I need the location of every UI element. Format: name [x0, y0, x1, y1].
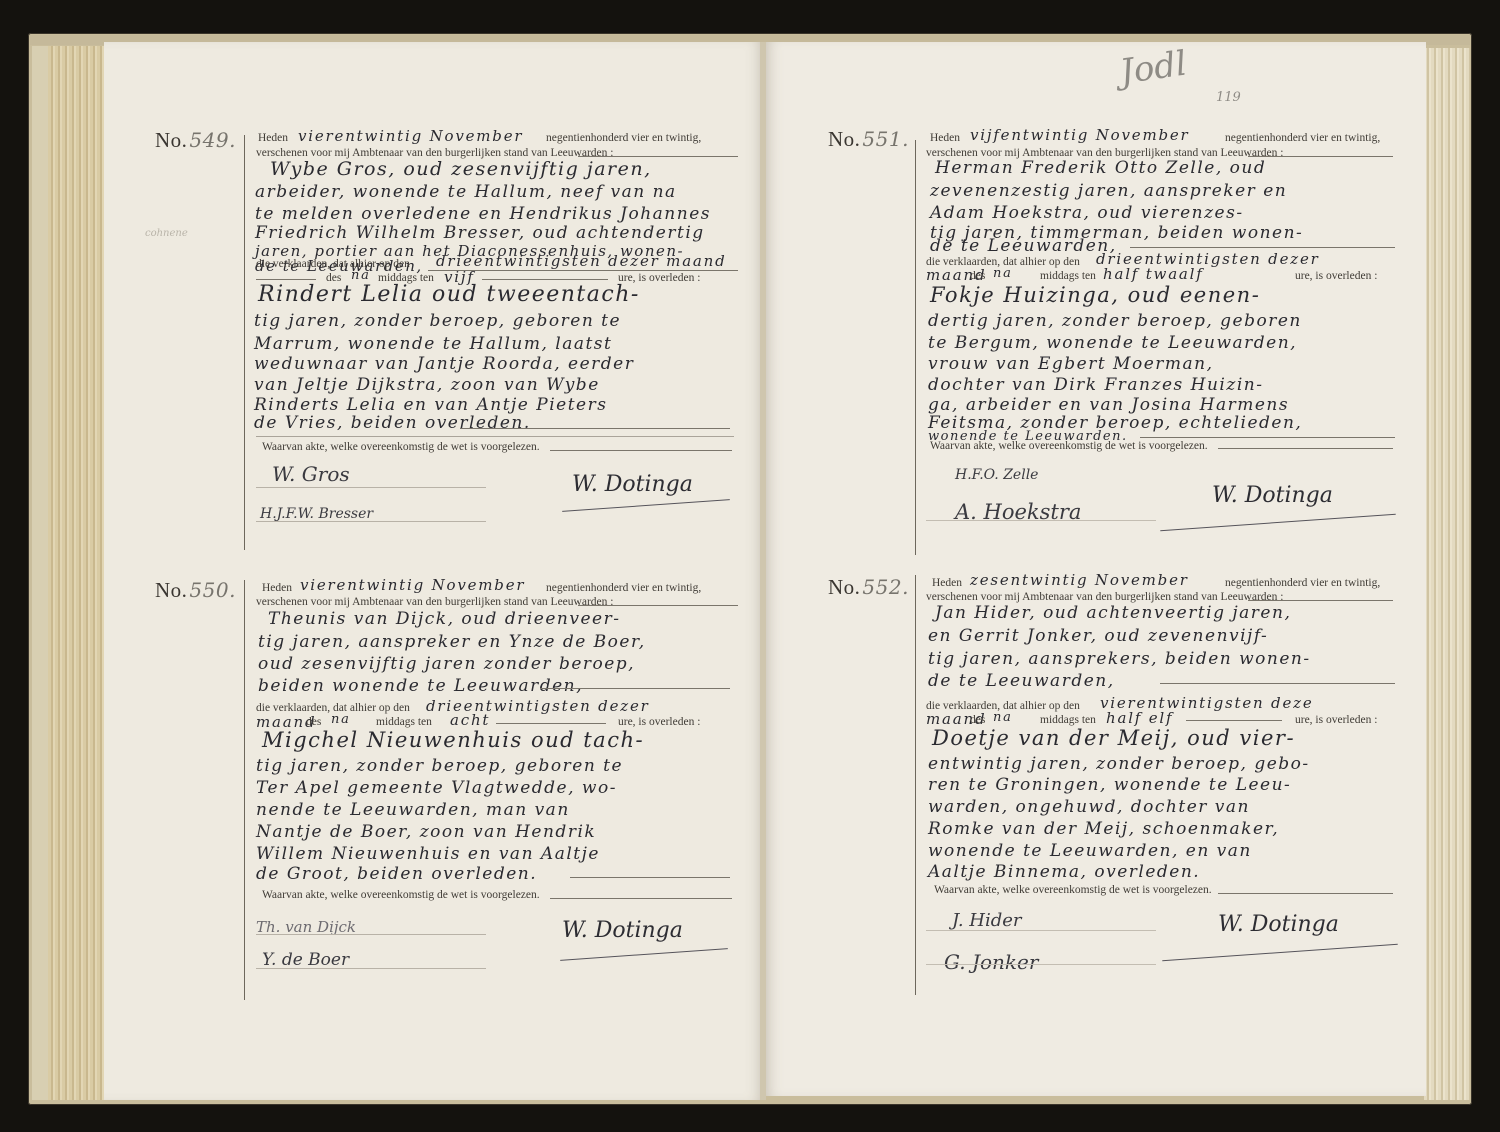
fill-line: [1218, 893, 1393, 894]
waarvan-text: Waarvan akte, welke overeenkomstig de we…: [262, 889, 540, 901]
deceased-line: Ter Apel gemeente Vlagtwedde, wo-: [256, 780, 617, 797]
official-signature: W. Dotinga: [572, 472, 693, 497]
verschenen-text: verschenen voor mij Ambtenaar van den bu…: [926, 591, 1283, 603]
fill-line: [578, 605, 738, 606]
fill-line: [570, 877, 730, 878]
ure-label: ure, is overleden :: [1295, 270, 1377, 282]
deceased-line: Romke van der Meij, schoenmaker,: [928, 821, 1279, 838]
deceased-line: Rinderts Lelia en van Antje Pieters: [254, 397, 607, 414]
declarant-line: Friedrich Wilhelm Bresser, oud achtender…: [255, 225, 705, 242]
declarant-line: Theunis van Dijck, oud drieenveer-: [268, 611, 620, 628]
folio-number: 119: [1216, 90, 1241, 105]
deceased-line: dertig jaren, zonder beroep, geboren: [928, 313, 1302, 330]
no-label: No.: [828, 127, 860, 151]
verschenen-text: verschenen voor mij Ambtenaar van den bu…: [256, 596, 613, 608]
declarant-line: te melden overledene en Hendrikus Johann…: [255, 206, 711, 223]
ure-label: ure, is overleden :: [618, 716, 700, 728]
des-label: des: [970, 270, 985, 282]
declarant-signature: W. Gros: [272, 462, 350, 486]
deceased-line: tig jaren, zonder beroep, geboren te: [254, 313, 621, 330]
declarant-line: beiden wonende te Leeuwarden,: [258, 678, 583, 695]
entry-number-value: 550.: [189, 578, 236, 602]
deceased-line: Migchel Nieuwenhuis oud tach-: [262, 730, 644, 751]
waarvan-text: Waarvan akte, welke overeenkomstig de we…: [262, 441, 540, 453]
entry-divider-line: [244, 135, 245, 550]
fill-line: [1160, 683, 1395, 684]
year-text: negentienhonderd vier en twintig,: [1225, 132, 1380, 144]
declarant-signature: G. Jonker: [944, 950, 1038, 974]
year-text: negentienhonderd vier en twintig,: [546, 132, 701, 144]
entry-number: No.550.: [155, 578, 236, 603]
middags-label: middags ten: [1040, 270, 1096, 282]
deceased-line: vrouw van Egbert Moerman,: [928, 356, 1214, 373]
des-label: des: [970, 714, 985, 726]
heden-label: Heden: [258, 132, 288, 144]
fill-line: [1248, 600, 1393, 601]
entry-date: vijfentwintig November: [970, 126, 1190, 144]
deceased-line: Fokje Huizinga, oud eenen-: [930, 285, 1260, 306]
fill-line: [550, 898, 732, 899]
entry-divider-line: [915, 575, 916, 995]
entry-number: No.552.: [828, 575, 909, 600]
deceased-line: te Bergum, wonende te Leeuwarden,: [928, 335, 1297, 352]
fill-line: [496, 723, 606, 724]
deceased-line: de Groot, beiden overleden.: [256, 866, 537, 883]
death-hour: half elf: [1106, 709, 1173, 727]
declarant-line: arbeider, wonende te Hallum, neef van na: [255, 184, 677, 201]
deceased-line: dochter van Dirk Franzes Huizin-: [928, 377, 1263, 394]
no-label: No.: [828, 575, 860, 599]
left-margin-pencil: cohnene: [145, 228, 188, 239]
deceased-line: weduwnaar van Jantje Roorda, eerder: [254, 356, 634, 373]
fill-line: [256, 436, 734, 437]
entry-number-value: 551.: [862, 127, 909, 151]
declarant-signature: J. Hider: [952, 910, 1022, 931]
entry-divider-line: [244, 580, 245, 1000]
deceased-line: Rindert Lelia oud tweeentach-: [258, 284, 640, 306]
declarant-line: Jan Hider, oud achtenveertig jaren,: [935, 605, 1291, 622]
heden-label: Heden: [930, 132, 960, 144]
fill-line: [1140, 437, 1395, 438]
deceased-line: Doetje van der Meij, oud vier-: [932, 728, 1295, 749]
official-signature: W. Dotinga: [1212, 483, 1333, 508]
declarant-line: de te Leeuwarden,: [928, 673, 1115, 690]
fill-line: [540, 688, 730, 689]
waarvan-text: Waarvan akte, welke overeenkomstig de we…: [930, 440, 1208, 452]
no-label: No.: [155, 128, 187, 152]
declarant-line: zevenenzestig jaren, aanspreker en: [930, 183, 1287, 200]
fill-line: [256, 279, 316, 280]
ampm: na: [993, 266, 1013, 281]
fill-line: [578, 156, 738, 157]
declarant-line: Adam Hoekstra, oud vierenzes-: [930, 205, 1244, 222]
official-signature: W. Dotinga: [1218, 912, 1339, 937]
deceased-line: Aaltje Binnema, overleden.: [928, 864, 1200, 881]
signature-line: [256, 968, 486, 969]
signature-line: [926, 964, 1156, 965]
fill-line: [1218, 448, 1393, 449]
fill-line: [1130, 247, 1395, 248]
heden-label: Heden: [262, 582, 292, 594]
death-hour: half twaalf: [1103, 265, 1204, 283]
signature-line: [256, 521, 486, 522]
declarant-line: tig jaren, aansprekers, beiden wonen-: [928, 651, 1311, 668]
declarant-signature: Y. de Boer: [262, 950, 349, 970]
fill-line: [1186, 720, 1282, 721]
signature-line: [256, 487, 486, 488]
year-text: negentienhonderd vier en twintig,: [546, 582, 701, 594]
declarant-line: tig jaren, aanspreker en Ynze de Boer,: [258, 634, 646, 651]
deceased-line: nende te Leeuwarden, man van: [256, 802, 570, 819]
verklaarden-text: die verklaarden, dat alhier op den: [256, 258, 410, 270]
entry-number: No.549.: [155, 128, 236, 153]
ampm: na: [993, 710, 1013, 725]
deceased-line: Willem Nieuwenhuis en van Aaltje: [256, 846, 600, 863]
no-label: No.: [155, 578, 187, 602]
declarant-line: en Gerrit Jonker, oud zevenenvijf-: [928, 628, 1268, 645]
year-text: negentienhonderd vier en twintig,: [1225, 577, 1380, 589]
deceased-line: de Vries, beiden overleden.: [254, 415, 531, 432]
entry-date: zesentwintig November: [970, 571, 1189, 589]
entry-date: vierentwintig November: [298, 127, 523, 145]
declarant-signature: H.J.F.W. Bresser: [260, 506, 373, 522]
ure-label: ure, is overleden :: [1295, 714, 1377, 726]
declarant-line: de te Leeuwarden,: [930, 238, 1117, 255]
declarant-line: oud zesenvijftig jaren zonder beroep,: [258, 656, 635, 673]
waarvan-text: Waarvan akte, welke overeenkomstig de we…: [934, 884, 1212, 896]
deceased-line: ren te Groningen, wonende te Leeu-: [928, 777, 1291, 794]
entry-date: vierentwintig November: [300, 576, 525, 594]
entry-number-value: 549.: [189, 128, 236, 152]
declarant-line: Herman Frederik Otto Zelle, oud: [935, 160, 1266, 177]
fill-line: [1248, 156, 1393, 157]
deceased-line: wonende te Leeuwarden, en van: [928, 843, 1252, 860]
des-label: des: [306, 716, 321, 728]
signature-line: [926, 520, 1156, 521]
signature-line: [926, 930, 1156, 931]
entry-divider-line: [915, 140, 916, 555]
death-hour: acht: [450, 711, 490, 729]
death-day: drieentwintigsten dezer maand: [436, 252, 727, 270]
heden-label: Heden: [932, 577, 962, 589]
deceased-line: tig jaren, zonder beroep, geboren te: [256, 758, 623, 775]
deceased-line: Nantje de Boer, zoon van Hendrik: [256, 824, 596, 841]
middags-label: middags ten: [376, 716, 432, 728]
deceased-line: warden, ongehuwd, dochter van: [928, 799, 1250, 816]
entry-number-value: 552.: [862, 575, 909, 599]
entry-number: No.551.: [828, 127, 909, 152]
fill-line: [550, 450, 732, 451]
middags-label: middags ten: [1040, 714, 1096, 726]
deceased-line: van Jeltje Dijkstra, zoon van Wybe: [254, 377, 600, 394]
official-signature: W. Dotinga: [562, 918, 683, 943]
ampm: na: [331, 712, 351, 727]
deceased-line: Marrum, wonende te Hallum, laatst: [254, 336, 612, 353]
fill-line: [460, 428, 730, 429]
signature-line: [256, 934, 486, 935]
deceased-line: ga, arbeider en van Josina Harmens: [928, 397, 1289, 414]
fill-line: [482, 279, 608, 280]
page-edges-right: [1424, 48, 1470, 1100]
declarant-signature: H.F.O. Zelle: [955, 467, 1038, 483]
declarant-line: Wybe Gros, oud zesenvijftig jaren,: [270, 160, 652, 179]
ampm: na: [351, 268, 371, 283]
deceased-line: entwintig jaren, zonder beroep, gebo-: [928, 756, 1310, 773]
